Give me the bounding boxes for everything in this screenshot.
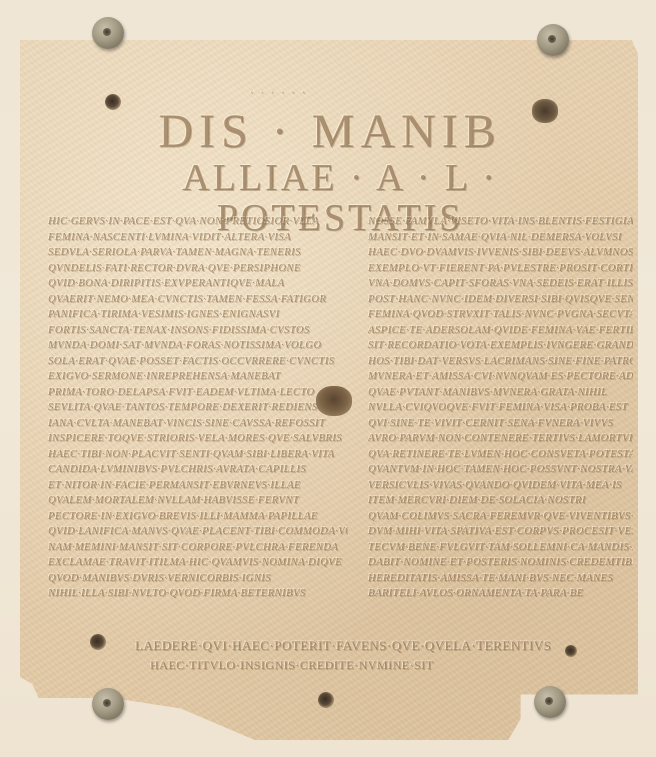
- inscription-line: NVLLA·CVIQVOQVE·FVIT·FEMINA·VISA·PROBA·E…: [368, 400, 633, 416]
- inscription-line: IANA·CVLTA·MANEBAT·VINCIS·SINE·CAVSSA·RE…: [48, 416, 348, 432]
- inscription-line: QVALEM·MORTALEM·NVLLAM·HABVISSE·FERVNT: [48, 493, 348, 509]
- inscription-line: FEMINA·QVOD·STRVXIT·TALIS·NVNC·PVGNA·SEC…: [368, 307, 633, 323]
- inscription-line: NAM·MEMINI·MANSIT·SIT·CORPORE·PVLCHRA·FE…: [48, 540, 348, 556]
- inscription-line: TECVM·BENE·FVLGVIT·TAM·SOLLEMNI·CA·MANDI…: [368, 540, 633, 556]
- corrosion-stain-icon: [316, 386, 352, 416]
- inscription-line: QVA·RETINERE·TE·LVMEN·HOC·CONSVETA·POTES…: [368, 447, 633, 463]
- inscription-line: QVANTVM·IN·HOC·TAMEN·HOC·POSSVNT·NOSTRA·…: [368, 462, 633, 478]
- right-text-column: NOSSE·FAMVLA·VISETO·VITA·INS·BLENTIS·FES…: [368, 214, 633, 602]
- drill-hole-icon: [565, 645, 577, 657]
- inscription-line: HOS·TIBI·DAT·VERSVS·LACRIMANS·SINE·FINE·…: [368, 354, 633, 370]
- inscription-line: PECTORE·IN·EXIGVO·BREVIS·ILLI·MAMMA·PAPI…: [48, 509, 348, 525]
- mounting-bolt-icon: [537, 24, 569, 56]
- inscription-line: QVI·SINE·TE·VIVIT·CERNIT·SENA·FVNERA·VIV…: [368, 416, 633, 432]
- inscription-line: SOLA·ERAT·QVAE·POSSET·FACTIS·OCCVRRERE·C…: [48, 354, 348, 370]
- inscription-line: DABIT·NOMINE·ET·POSTERIS·NOMINIS·CREDEMT…: [368, 555, 633, 571]
- footer-inscription-line1: LAEDERE·QVI·HAEC·POTERIT·FAVENS·QVE·QVEL…: [135, 638, 555, 654]
- inscription-line: QVNDELIS·FATI·RECTOR·DVRA·QVE·PERSIPHONE: [48, 261, 348, 277]
- inscription-line: EXCLAMAE·TRAVIT·ITILMA·HIC·QVAMVIS·NOMIN…: [48, 555, 348, 571]
- inscription-line: MVNERA·ET·AMISSA·CVI·NVNQVAM·ES·PECTORE·…: [368, 369, 633, 385]
- inscription-line: PANIFICA·TIRIMA·VESIMIS·IGNES·ENIGNASVI: [48, 307, 348, 323]
- inscription-line: NOSSE·FAMVLA·VISETO·VITA·INS·BLENTIS·FES…: [368, 214, 633, 230]
- inscription-line: ET·NITOR·IN·FACIE·PERMANSIT·EBVRNEVS·ILL…: [48, 478, 348, 494]
- inscription-line: MVNDA·DOMI·SAT·MVNDA·FORAS·NOTISSIMA·VOL…: [48, 338, 348, 354]
- inscription-line: DVM·MIHI·VITA·SPATIVA·EST·CORPVS·PROCESI…: [368, 524, 633, 540]
- header-dis-manibus: DIS · MANIB: [150, 108, 510, 156]
- mounting-bolt-icon: [92, 17, 124, 49]
- inscription-line: NIHIL·ILLA·SIBI·NVLTO·QVOD·FIRMA·BETERNI…: [48, 586, 348, 602]
- inscription-line: VERSICVLIS·VIVAS·QVANDO·QVIDEM·VITA·MEA·…: [368, 478, 633, 494]
- faint-top-inscription: · · · · · ·: [250, 88, 307, 99]
- drill-hole-icon: [105, 94, 121, 110]
- inscription-line: PRIMA·TORO·DELAPSA·FVIT·EADEM·VLTIMA·LEC…: [48, 385, 348, 401]
- inscription-line: VNA·DOMVS·CAPIT·SFORAS·VNA·SEDEIS·ERAT·I…: [368, 276, 633, 292]
- inscription-line: QVAM·COLIMVS·SACRA·FEREMVR·QVE·VIVENTIBV…: [368, 509, 633, 525]
- corrosion-stain-icon: [532, 99, 558, 123]
- inscription-line: AVRO·PARVM·NON·CONTENERE·TERTIVS·LAMORTV…: [368, 431, 633, 447]
- inscription-line: QVAE·PVTANT·MANIBVS·MVNERA·GRATA·NIHIL: [368, 385, 633, 401]
- inscription-line: FORTIS·SANCTA·TENAX·INSONS·FIDISSIMA·CVS…: [48, 323, 348, 339]
- footer-inscription-line2: HAEC·TITVLO·INSIGNIS·CREDITE·NVMINE·SIT: [150, 658, 530, 673]
- inscription-line: HIC·GERVS·IN·PACE·EST·QVA·NON·PRETIOSIOR…: [48, 214, 348, 230]
- inscription-line: ASPICE·TE·ADERSOLAM·QVIDE·FEMINA·VAE·FER…: [368, 323, 633, 339]
- inscription-line: HAEC·TIBI·NON·PLACVIT·SENTI·QVAM·SIBI·LI…: [48, 447, 348, 463]
- inscription-line: EXEMPLO·VT·FIERENT·PA·PVLESTRE·PROSIT·CO…: [368, 261, 633, 277]
- inscription-line: INSPICERE·TOQVE·STRIORIS·VELA·MORES·QVE·…: [48, 431, 348, 447]
- inscription-line: QVOD·MANIBVS·DVRIS·VERNICORBIS·IGNIS: [48, 571, 348, 587]
- inscription-line: BARITELI·AVLOS·ORNAMENTA·TA·PARA·BE: [368, 586, 633, 602]
- inscription-line: MANSIT·ET·IN·SAMAE·QVIA·NIL·DEMERSA·VOLV…: [368, 230, 633, 246]
- inscription-line: QVID·BONA·DIRIPITIS·EXVPERANTIQVE·MALA: [48, 276, 348, 292]
- inscription-line: FEMINA·NASCENTI·LVMINA·VIDIT·ALTERA·VISA: [48, 230, 348, 246]
- inscription-line: ITEM·MERCVRI·DIEM·DE·SOLACIA·NOSTRI: [368, 493, 633, 509]
- inscription-line: SEVLITA·QVAE·TANTOS·TEMPORE·DEXERIT·REDI…: [48, 400, 348, 416]
- left-text-column: HIC·GERVS·IN·PACE·EST·QVA·NON·PRETIOSIOR…: [48, 214, 348, 602]
- inscription-line: POST·HANC·NVNC·IDEM·DIVERSI·SIBI·QVISQVE…: [368, 292, 633, 308]
- inscription-line: HEREDITATIS·AMISSA·TE·MANI·BVS·NEC·MANES: [368, 571, 633, 587]
- inscription-line: EXIGVO·SERMONE·INREPREHENSA·MANEBAT: [48, 369, 348, 385]
- drill-hole-icon: [90, 634, 106, 650]
- drill-hole-icon: [318, 692, 334, 708]
- inscription-line: HAEC·DVO·DVAMVIS·IVVENIS·SIBI·DEEVS·ALVM…: [368, 245, 633, 261]
- inscription-line: SIT·RECORDATIO·VOTA·EXEMPLIS·IVNGERE·GRA…: [368, 338, 633, 354]
- inscription-line: SEDVLA·SERIOLA·PARVA·TAMEN·MAGNA·TENERIS: [48, 245, 348, 261]
- inscription-line: QVAERIT·NEMO·MEA·CVNCTIS·TAMEN·FESSA·FAT…: [48, 292, 348, 308]
- inscription-line: QVID·LANIFICA·MANVS·QVAE·PLACENT·TIBI·CO…: [48, 524, 348, 540]
- mounting-bolt-icon: [92, 688, 124, 720]
- mounting-bolt-icon: [534, 686, 566, 718]
- inscription-line: CANDIDA·LVMINIBVS·PVLCHRIS·AVRATA·CAPILL…: [48, 462, 348, 478]
